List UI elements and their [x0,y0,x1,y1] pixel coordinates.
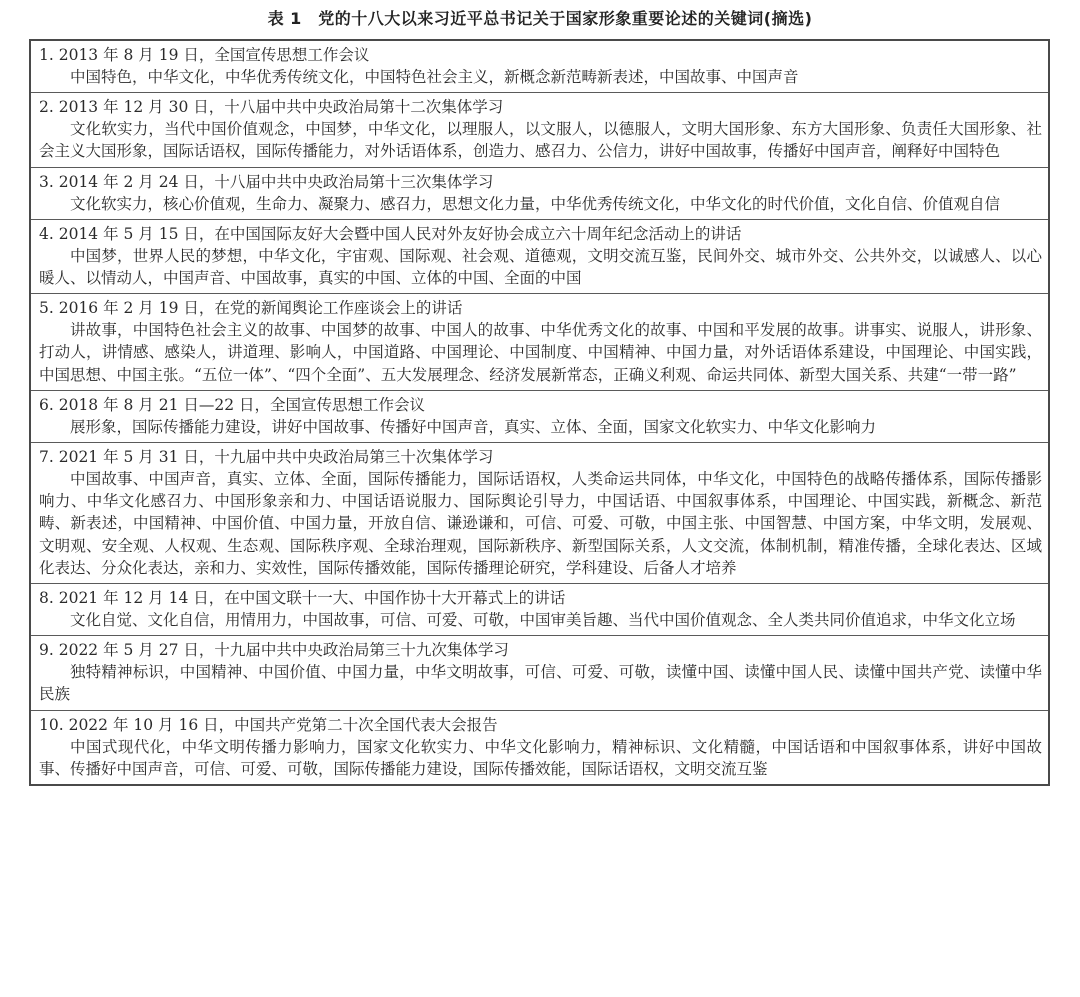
table-row: 6. 2018 年 8 月 21 日—22 日，全国宣传思想工作会议 展形象，国… [31,390,1048,442]
keywords-table: 1. 2013 年 8 月 19 日，全国宣传思想工作会议 中国特色，中华文化，… [29,39,1050,786]
table-row: 8. 2021 年 12 月 14 日，在中国文联十一大、中国作协十大开幕式上的… [31,583,1048,635]
row-keywords: 中国特色，中华文化，中华优秀传统文化，中国特色社会主义，新概念新范畴新表述，中国… [39,66,1042,88]
row-heading: 7. 2021 年 5 月 31 日，十九届中共中央政治局第三十次集体学习 [39,446,1042,468]
table-caption: 表 1 党的十八大以来习近平总书记关于国家形象重要论述的关键词(摘选) [0,6,1080,29]
row-heading: 2. 2013 年 12 月 30 日，十八届中共中央政治局第十二次集体学习 [39,96,1042,118]
table-row: 5. 2016 年 2 月 19 日，在党的新闻舆论工作座谈会上的讲话 讲故事，… [31,293,1048,390]
row-keywords: 独特精神标识，中国精神、中国价值、中国力量，中华文明故事，可信、可爱、可敬，读懂… [39,661,1042,705]
row-keywords: 讲故事，中国特色社会主义的故事、中国梦的故事、中国人的故事、中华优秀文化的故事、… [39,319,1042,386]
row-heading: 4. 2014 年 5 月 15 日，在中国国际友好大会暨中国人民对外友好协会成… [39,223,1042,245]
row-heading: 1. 2013 年 8 月 19 日，全国宣传思想工作会议 [39,44,1042,66]
table-row: 9. 2022 年 5 月 27 日，十九届中共中央政治局第三十九次集体学习 独… [31,635,1048,709]
row-keywords: 文化软实力，核心价值观，生命力、凝聚力、感召力，思想文化力量，中华优秀传统文化，… [39,193,1042,215]
row-keywords: 文化自觉、文化自信，用情用力，中国故事，可信、可爱、可敬，中国审美旨趣、当代中国… [39,609,1042,631]
row-heading: 3. 2014 年 2 月 24 日，十八届中共中央政治局第十三次集体学习 [39,171,1042,193]
row-heading: 5. 2016 年 2 月 19 日，在党的新闻舆论工作座谈会上的讲话 [39,297,1042,319]
table-row: 2. 2013 年 12 月 30 日，十八届中共中央政治局第十二次集体学习 文… [31,92,1048,166]
row-heading: 9. 2022 年 5 月 27 日，十九届中共中央政治局第三十九次集体学习 [39,639,1042,661]
row-heading: 10. 2022 年 10 月 16 日，中国共产党第二十次全国代表大会报告 [39,714,1042,736]
table-row: 1. 2013 年 8 月 19 日，全国宣传思想工作会议 中国特色，中华文化，… [31,41,1048,92]
table-row: 3. 2014 年 2 月 24 日，十八届中共中央政治局第十三次集体学习 文化… [31,167,1048,219]
row-keywords: 文化软实力，当代中国价值观念，中国梦，中华文化，以理服人，以文服人，以德服人，文… [39,118,1042,162]
table-row: 7. 2021 年 5 月 31 日，十九届中共中央政治局第三十次集体学习 中国… [31,442,1048,583]
row-heading: 8. 2021 年 12 月 14 日，在中国文联十一大、中国作协十大开幕式上的… [39,587,1042,609]
row-keywords: 中国式现代化，中华文明传播力影响力，国家文化软实力、中华文化影响力，精神标识、文… [39,736,1042,780]
row-keywords: 中国梦，世界人民的梦想，中华文化，宇宙观、国际观、社会观、道德观，文明交流互鉴，… [39,245,1042,289]
row-keywords: 展形象，国际传播能力建设，讲好中国故事、传播好中国声音，真实、立体、全面，国家文… [39,416,1042,438]
row-keywords: 中国故事、中国声音，真实、立体、全面，国际传播能力，国际话语权，人类命运共同体，… [39,468,1042,579]
table-row: 4. 2014 年 5 月 15 日，在中国国际友好大会暨中国人民对外友好协会成… [31,219,1048,293]
row-heading: 6. 2018 年 8 月 21 日—22 日，全国宣传思想工作会议 [39,394,1042,416]
table-row: 10. 2022 年 10 月 16 日，中国共产党第二十次全国代表大会报告 中… [31,710,1048,784]
